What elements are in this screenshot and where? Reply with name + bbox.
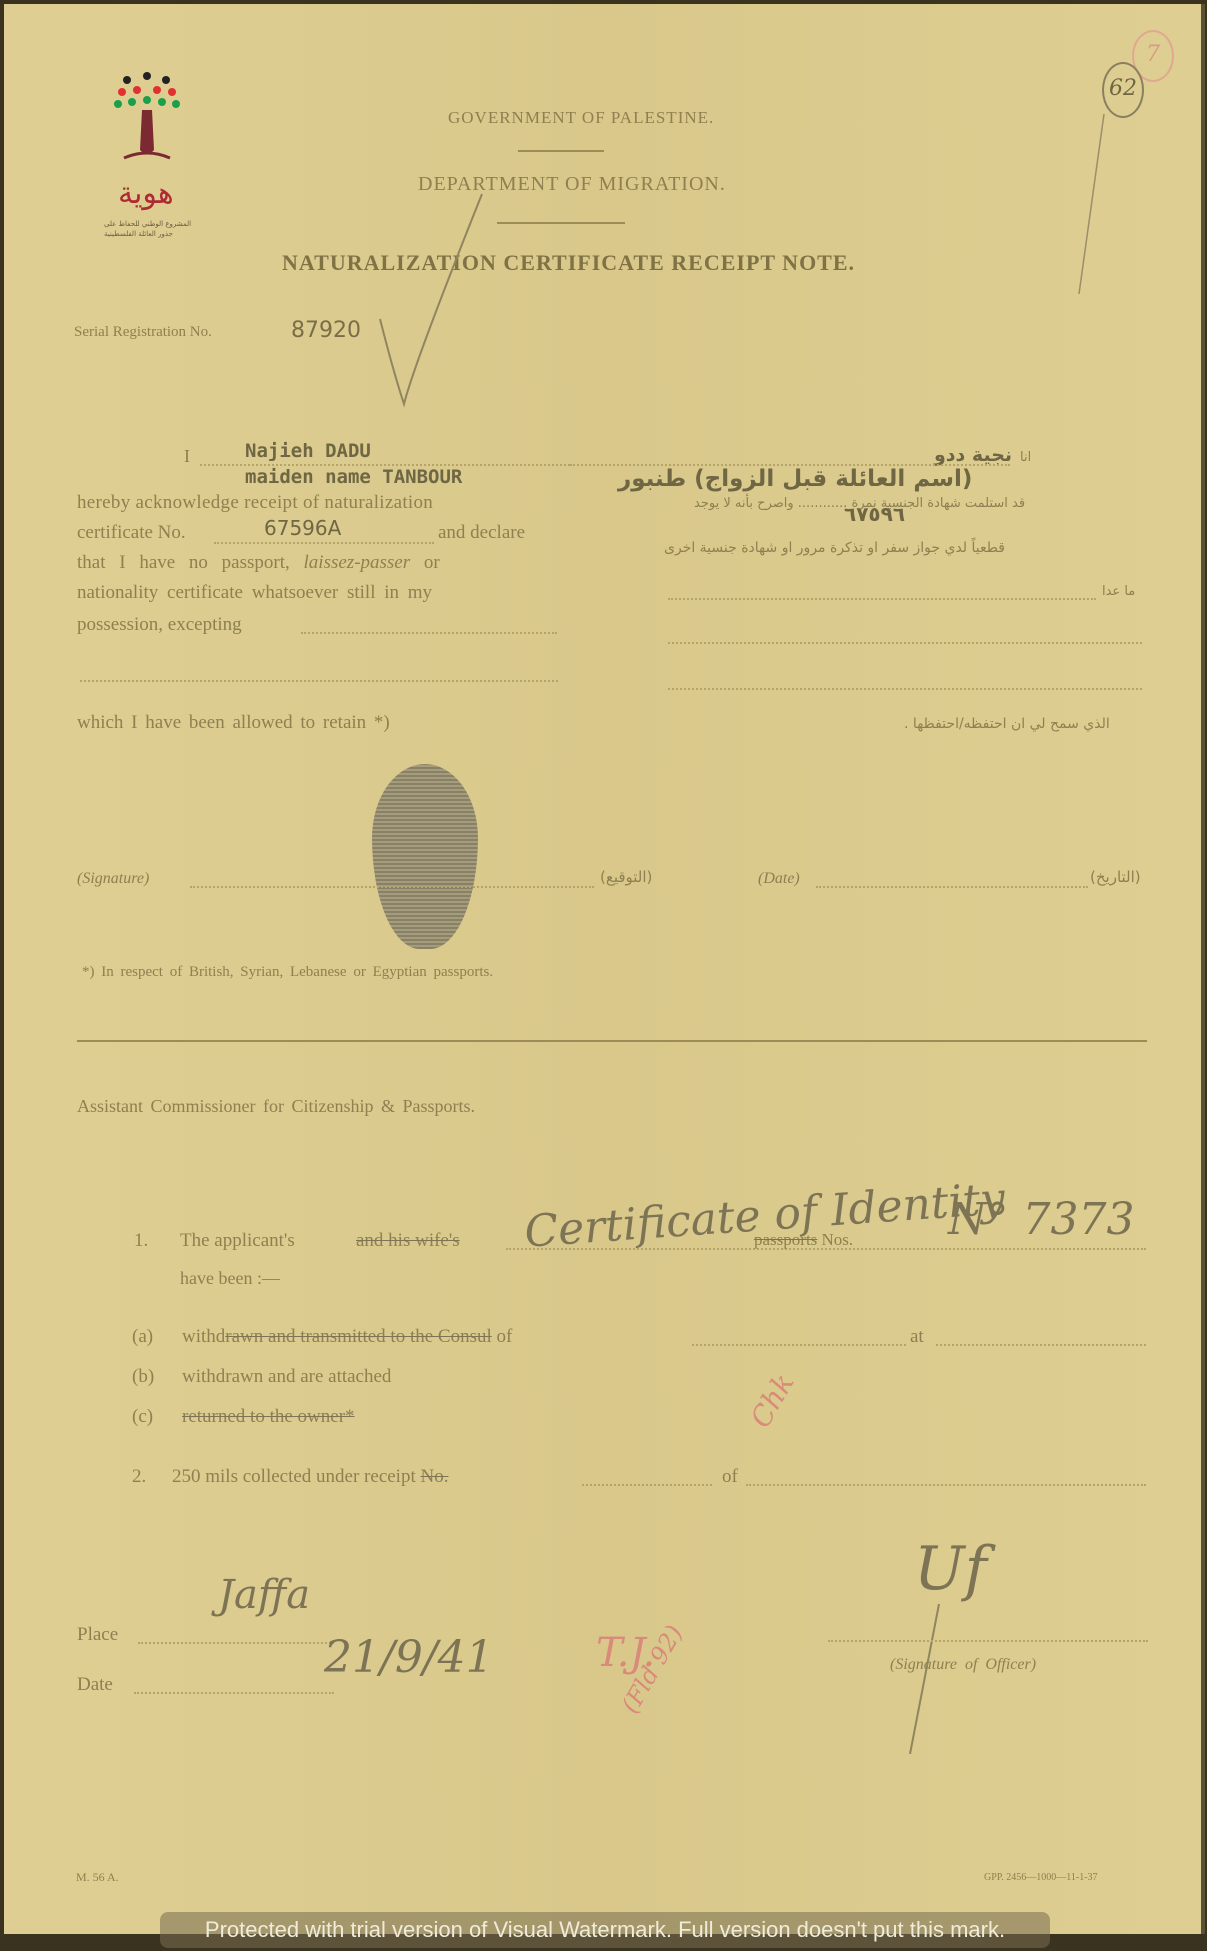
item-2-struck: No. [421, 1466, 449, 1487]
item-b-label: (b) [132, 1366, 154, 1388]
red-check-annotation: Chk [744, 1368, 801, 1433]
signature-dotted-line [190, 886, 594, 888]
document-title: NATURALIZATION CERTIFICATE RECEIPT NOTE. [282, 250, 855, 276]
arabic-line-2: قطعياً لدي جواز سفر او تذكرة مرور او شها… [664, 540, 1005, 556]
signature-arabic-label: (التوقيع) [600, 868, 652, 886]
place-value: Jaffa [218, 1572, 310, 1618]
officer-signature-dotted-line [828, 1640, 1148, 1642]
officer-signature-label: (Signature of Officer) [890, 1656, 1036, 1674]
place-dotted-line [138, 1642, 334, 1644]
folio-number: 62 [1102, 62, 1144, 118]
declaration-line-4: nationality certificate whatsoever still… [77, 582, 432, 604]
and-declare-text: and declare [438, 522, 525, 544]
retain-text: which I have been allowed to retain *) [77, 712, 390, 734]
arabic-name-prefix: انا [1020, 450, 1031, 465]
item-a-of-dotted-line [692, 1344, 906, 1346]
logo-tagline-1: المشروع الوطني للحفاظ على [104, 220, 191, 228]
certificate-label: certificate No. [77, 522, 186, 544]
declarant-name: Najieh DADU [245, 440, 371, 462]
header-rule-2 [497, 222, 625, 224]
item-a-of: of [497, 1326, 513, 1347]
item-1-number: 1. [134, 1230, 148, 1252]
serial-value: 87920 [291, 318, 361, 343]
item-a-text: withdrawn and transmitted to the Consul … [182, 1326, 512, 1348]
logo-tagline-2: جذور العائلة الفلسطينية [104, 230, 173, 238]
arabic-dotted-line-3 [668, 688, 1142, 690]
withd-text: withd [182, 1326, 225, 1347]
item-2-of: of [722, 1466, 738, 1488]
signature-label: (Signature) [77, 870, 149, 888]
serial-label: Serial Registration No. [74, 324, 212, 341]
declarant-i: I [184, 446, 190, 467]
date-value: 21/9/41 [324, 1632, 494, 1683]
arabic-dotted-line-1 [668, 598, 1096, 600]
check-mark-icon [374, 184, 484, 414]
item-2-of-dotted-line [746, 1484, 1146, 1486]
item-2-main: 250 mils collected under receipt [172, 1466, 416, 1487]
date-field-dotted-line [134, 1692, 334, 1694]
arabic-maiden-name: (اسم العائلة قبل الزواج) طنبور [618, 466, 972, 492]
watermark-banner: Protected with trial version of Visual W… [160, 1912, 1050, 1948]
form-number: M. 56 A. [76, 1870, 119, 1885]
officer-signature-stroke [904, 1604, 944, 1754]
arabic-name: نجية ددو [934, 444, 1012, 466]
item-1-struck-text: and his wife's [356, 1230, 460, 1252]
arabic-cert-number: ٦٧٥٩٦ [844, 502, 905, 526]
item-c-struck-text: returned to the owner* [182, 1406, 355, 1428]
header-rule-1 [518, 150, 604, 152]
item-a-at-dotted-line [936, 1344, 1146, 1346]
excepting-dotted-line [301, 632, 557, 634]
logo-name: هوية [118, 176, 174, 211]
item-a-label: (a) [132, 1326, 153, 1348]
officer-signature: Uf [914, 1534, 987, 1604]
place-label: Place [77, 1624, 118, 1646]
item-b-text: withdrawn and are attached [182, 1366, 391, 1388]
certificate-number: 67596A [264, 516, 341, 540]
printer-code: GPP. 2456—1000—11-1-37 [984, 1872, 1098, 1883]
footnote: *) In respect of British, Syrian, Lebane… [82, 964, 493, 981]
item-1-passports: passports Nos. [754, 1230, 853, 1250]
item-2-receipt-dotted-line [582, 1484, 712, 1486]
declaration-line-3: that I have no passport, laissez-passer … [77, 552, 440, 574]
document-page: هوية المشروع الوطني للحفاظ على جذور العا… [4, 4, 1205, 1934]
passport-text: that I have no passport, [77, 552, 290, 573]
nos-text: Nos. [822, 1230, 854, 1249]
date-arabic-label: (التاريخ) [1090, 868, 1141, 886]
passports-struck-text: passports [754, 1230, 817, 1249]
excepting-dotted-line-2 [80, 680, 558, 682]
item-1-number-value: N° 7373 [948, 1194, 1134, 1245]
date-dotted-line [816, 886, 1088, 888]
or-text: or [424, 552, 440, 573]
pencil-stroke-icon [1074, 114, 1114, 294]
arabic-line-3: ما عدا [1102, 584, 1135, 599]
declaration-line-5: possession, excepting [77, 614, 242, 636]
item-2-number: 2. [132, 1466, 146, 1488]
item-a-at: at [910, 1326, 924, 1348]
item-a-struck-text: rawn and transmitted to the Consul [225, 1326, 491, 1347]
declarant-maiden-name: maiden name TANBOUR [245, 466, 462, 488]
logo: هوية المشروع الوطني للحفاظ على جذور العا… [104, 70, 194, 240]
commissioner-heading: Assistant Commissioner for Citizenship &… [77, 1096, 475, 1117]
arabic-dotted-line-2 [668, 642, 1142, 644]
item-1-text: The applicant's [180, 1230, 295, 1252]
government-heading: GOVERNMENT OF PALESTINE. [448, 108, 714, 128]
declaration-line-1: hereby acknowledge receipt of naturaliza… [77, 492, 433, 514]
arabic-line-4: الذي سمح لي ان احتفظه/احتفظها . [904, 716, 1110, 732]
date-field-label: Date [77, 1674, 113, 1696]
date-label: (Date) [758, 870, 800, 888]
laissez-passer-text: laissez-passer [304, 552, 411, 573]
thumbprint [372, 764, 478, 949]
item-1-line-2: have been :— [180, 1268, 280, 1289]
certificate-dotted-line [214, 542, 434, 544]
item-c-label: (c) [132, 1406, 153, 1428]
section-divider [77, 1040, 1147, 1042]
item-2-text: 250 mils collected under receipt No. [172, 1466, 448, 1488]
tree-logo-icon [112, 70, 182, 180]
